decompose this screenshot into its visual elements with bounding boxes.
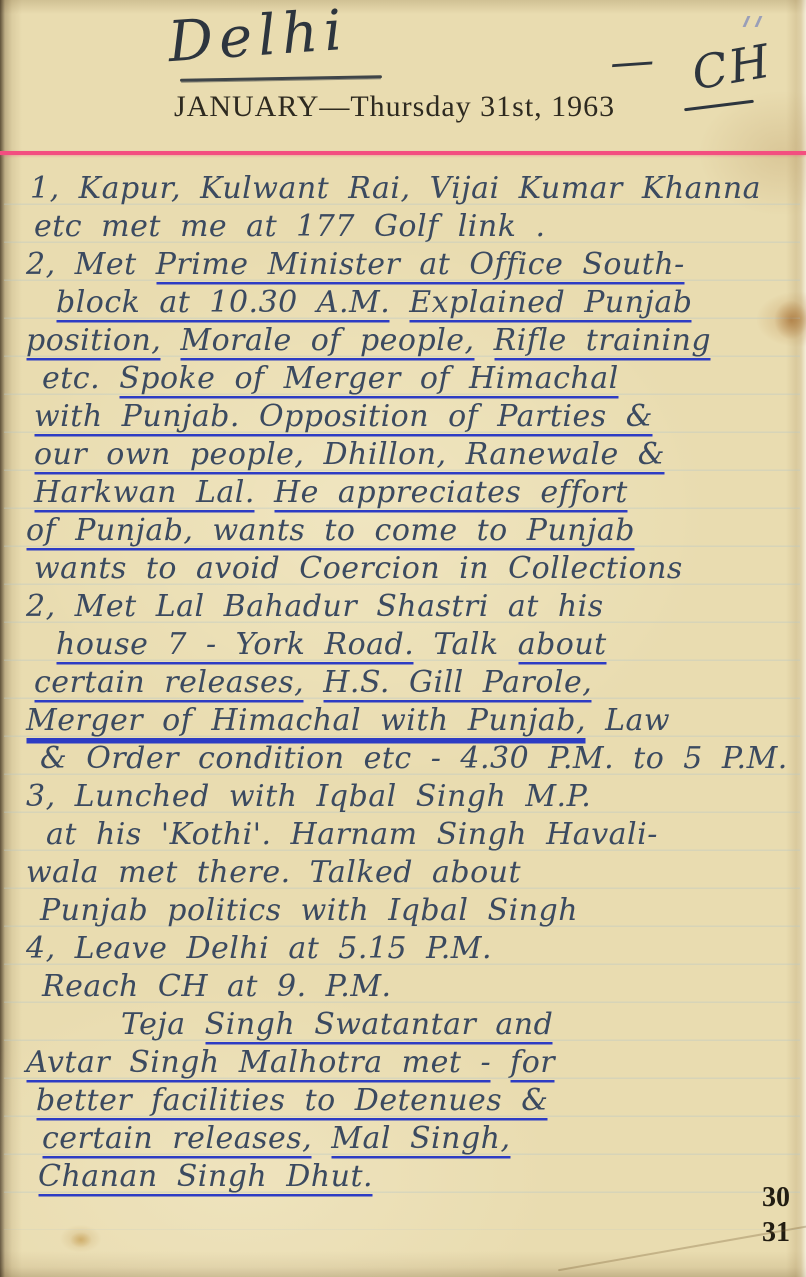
diary-text-segment: Chanan Singh Dhut. bbox=[38, 1159, 373, 1194]
diary-text-segment: etc. bbox=[42, 361, 119, 396]
diary-text-segment bbox=[255, 475, 274, 510]
faint-pencil-mark bbox=[743, 16, 763, 27]
diary-text-segment: Mal Singh, bbox=[331, 1121, 510, 1156]
corner-initials-underline bbox=[684, 100, 754, 112]
diary-line: wants to avoid Coercion in Collections bbox=[26, 550, 798, 588]
diary-text-segment: better facilities to Detenues & bbox=[36, 1083, 548, 1118]
diary-text-segment bbox=[475, 323, 494, 358]
diary-text-segment: & Order condition etc - 4.30 P.M. to 5 P… bbox=[40, 741, 788, 776]
diary-text-segment: Avtar Singh Malhotra met - bbox=[26, 1045, 491, 1080]
diary-line: house 7 - York Road. Talk about bbox=[26, 626, 798, 664]
diary-text-segment: Prime Minister at Office South- bbox=[156, 247, 685, 282]
diary-text-segment: Rifle training bbox=[494, 323, 712, 358]
diary-text-segment: Teja bbox=[121, 1007, 205, 1042]
diary-line: 3, Lunched with Iqbal Singh M.P. bbox=[26, 778, 798, 816]
diary-text-segment: 4, Leave Delhi at 5.15 P.M. bbox=[26, 931, 492, 966]
diary-line: etc. Spoke of Merger of Himachal bbox=[26, 360, 798, 398]
diary-text-segment bbox=[312, 1121, 331, 1156]
location-underline bbox=[180, 75, 382, 82]
diary-line: Harkwan Lal. He appreciates effort bbox=[26, 474, 798, 512]
diary-text-segment: Reach CH at 9. P.M. bbox=[42, 969, 392, 1004]
diary-text-segment: certain releases, bbox=[34, 665, 304, 700]
diary-line: & Order condition etc - 4.30 P.M. to 5 P… bbox=[26, 740, 798, 778]
diary-line: Teja Singh Swatantar and bbox=[26, 1006, 798, 1044]
page-number-top: 30 bbox=[762, 1180, 790, 1215]
diary-text-segment: with Punjab. Opposition of Parties & bbox=[34, 399, 653, 434]
diary-text-segment: Merger of Himachal with Punjab, bbox=[26, 703, 586, 738]
corner-initials: CH bbox=[688, 34, 775, 101]
diary-page: Delhi — CH JANUARY—Thursday 31st, 1963 1… bbox=[0, 0, 806, 1277]
diary-text-segment: Singh Swatantar and bbox=[205, 1007, 554, 1042]
diary-line: 2, Met Prime Minister at Office South- bbox=[26, 246, 798, 284]
diary-line: Avtar Singh Malhotra met - for bbox=[26, 1044, 798, 1082]
diary-line: Chanan Singh Dhut. bbox=[26, 1158, 798, 1196]
diary-line: 4, Leave Delhi at 5.15 P.M. bbox=[26, 930, 798, 968]
diary-text-segment: house 7 - York Road. bbox=[56, 627, 414, 662]
diary-lines: 1, Kapur, Kulwant Rai, Vijai Kumar Khann… bbox=[26, 170, 798, 1196]
diary-text-segment: wala met there. Talked about bbox=[26, 855, 521, 890]
diary-line: at his 'Kothi'. Harnam Singh Havali- bbox=[26, 816, 798, 854]
diary-text-segment: Morale of people, bbox=[180, 323, 474, 358]
diary-line: certain releases, Mal Singh, bbox=[26, 1120, 798, 1158]
diary-text-segment: Punjab politics with Iqbal Singh bbox=[40, 893, 578, 928]
diary-text-segment: about bbox=[518, 627, 607, 662]
page-numbers: 30 31 bbox=[762, 1180, 790, 1250]
diary-text-segment: H.S. Gill Parole, bbox=[323, 665, 592, 700]
location-heading: Delhi bbox=[166, 0, 350, 75]
diary-line: 2, Met Lal Bahadur Shastri at his bbox=[26, 588, 798, 626]
paper-stain bbox=[70, 1232, 92, 1248]
diary-text-segment bbox=[304, 665, 323, 700]
diary-text-segment bbox=[491, 1045, 510, 1080]
diary-line: wala met there. Talked about bbox=[26, 854, 798, 892]
diary-line: certain releases, H.S. Gill Parole, bbox=[26, 664, 798, 702]
diary-text-segment: of Punjab, wants to come to Punjab bbox=[26, 513, 635, 548]
diary-line: better facilities to Detenues & bbox=[26, 1082, 798, 1120]
paper-stain bbox=[774, 300, 806, 340]
corner-dash-mark: — bbox=[608, 35, 655, 89]
diary-line: Merger of Himachal with Punjab, Law bbox=[26, 702, 798, 740]
diary-text-segment: 2, Met bbox=[26, 247, 156, 282]
diary-text-segment: certain releases, bbox=[42, 1121, 312, 1156]
diary-text-segment: He appreciates effort bbox=[274, 475, 628, 510]
diary-text-segment: position, bbox=[26, 323, 161, 358]
diary-line: our own people, Dhillon, Ranewale & bbox=[26, 436, 798, 474]
diary-text-segment: Explained Punjab bbox=[409, 285, 692, 320]
diary-line: of Punjab, wants to come to Punjab bbox=[26, 512, 798, 550]
diary-line: position, Morale of people, Rifle traini… bbox=[26, 322, 798, 360]
diary-text-segment: 1, Kapur, Kulwant Rai, Vijai Kumar Khann… bbox=[30, 171, 761, 206]
diary-text-segment: Spoke of Merger of Himachal bbox=[119, 361, 619, 396]
diary-line: etc met me at 177 Golf link . bbox=[26, 208, 798, 246]
diary-text-segment: Law bbox=[586, 703, 670, 738]
diary-line: Reach CH at 9. P.M. bbox=[26, 968, 798, 1006]
diary-text-segment: Talk bbox=[414, 627, 517, 662]
diary-text-segment: 3, Lunched with Iqbal Singh M.P. bbox=[26, 779, 591, 814]
diary-text-segment: Harkwan Lal. bbox=[34, 475, 255, 510]
diary-text-segment bbox=[390, 285, 409, 320]
diary-text-segment: at his 'Kothi'. Harnam Singh Havali- bbox=[46, 817, 658, 852]
diary-text-segment: block at 10.30 A.M. bbox=[56, 285, 390, 320]
diary-text-segment bbox=[161, 323, 180, 358]
printed-date-line: JANUARY—Thursday 31st, 1963 bbox=[174, 90, 615, 124]
diary-line: Punjab politics with Iqbal Singh bbox=[26, 892, 798, 930]
diary-text-segment: wants to avoid Coercion in Collections bbox=[34, 551, 683, 586]
diary-text-segment: for bbox=[510, 1045, 555, 1080]
diary-text-segment: our own people, Dhillon, Ranewale & bbox=[34, 437, 665, 472]
diary-text-segment: 2, Met Lal Bahadur Shastri at his bbox=[26, 589, 604, 624]
diary-text-segment: etc met me at 177 Golf link . bbox=[34, 209, 545, 244]
diary-line: with Punjab. Opposition of Parties & bbox=[26, 398, 798, 436]
diary-line: 1, Kapur, Kulwant Rai, Vijai Kumar Khann… bbox=[26, 170, 798, 208]
diary-line: block at 10.30 A.M. Explained Punjab bbox=[26, 284, 798, 322]
pink-header-rule bbox=[0, 151, 806, 155]
